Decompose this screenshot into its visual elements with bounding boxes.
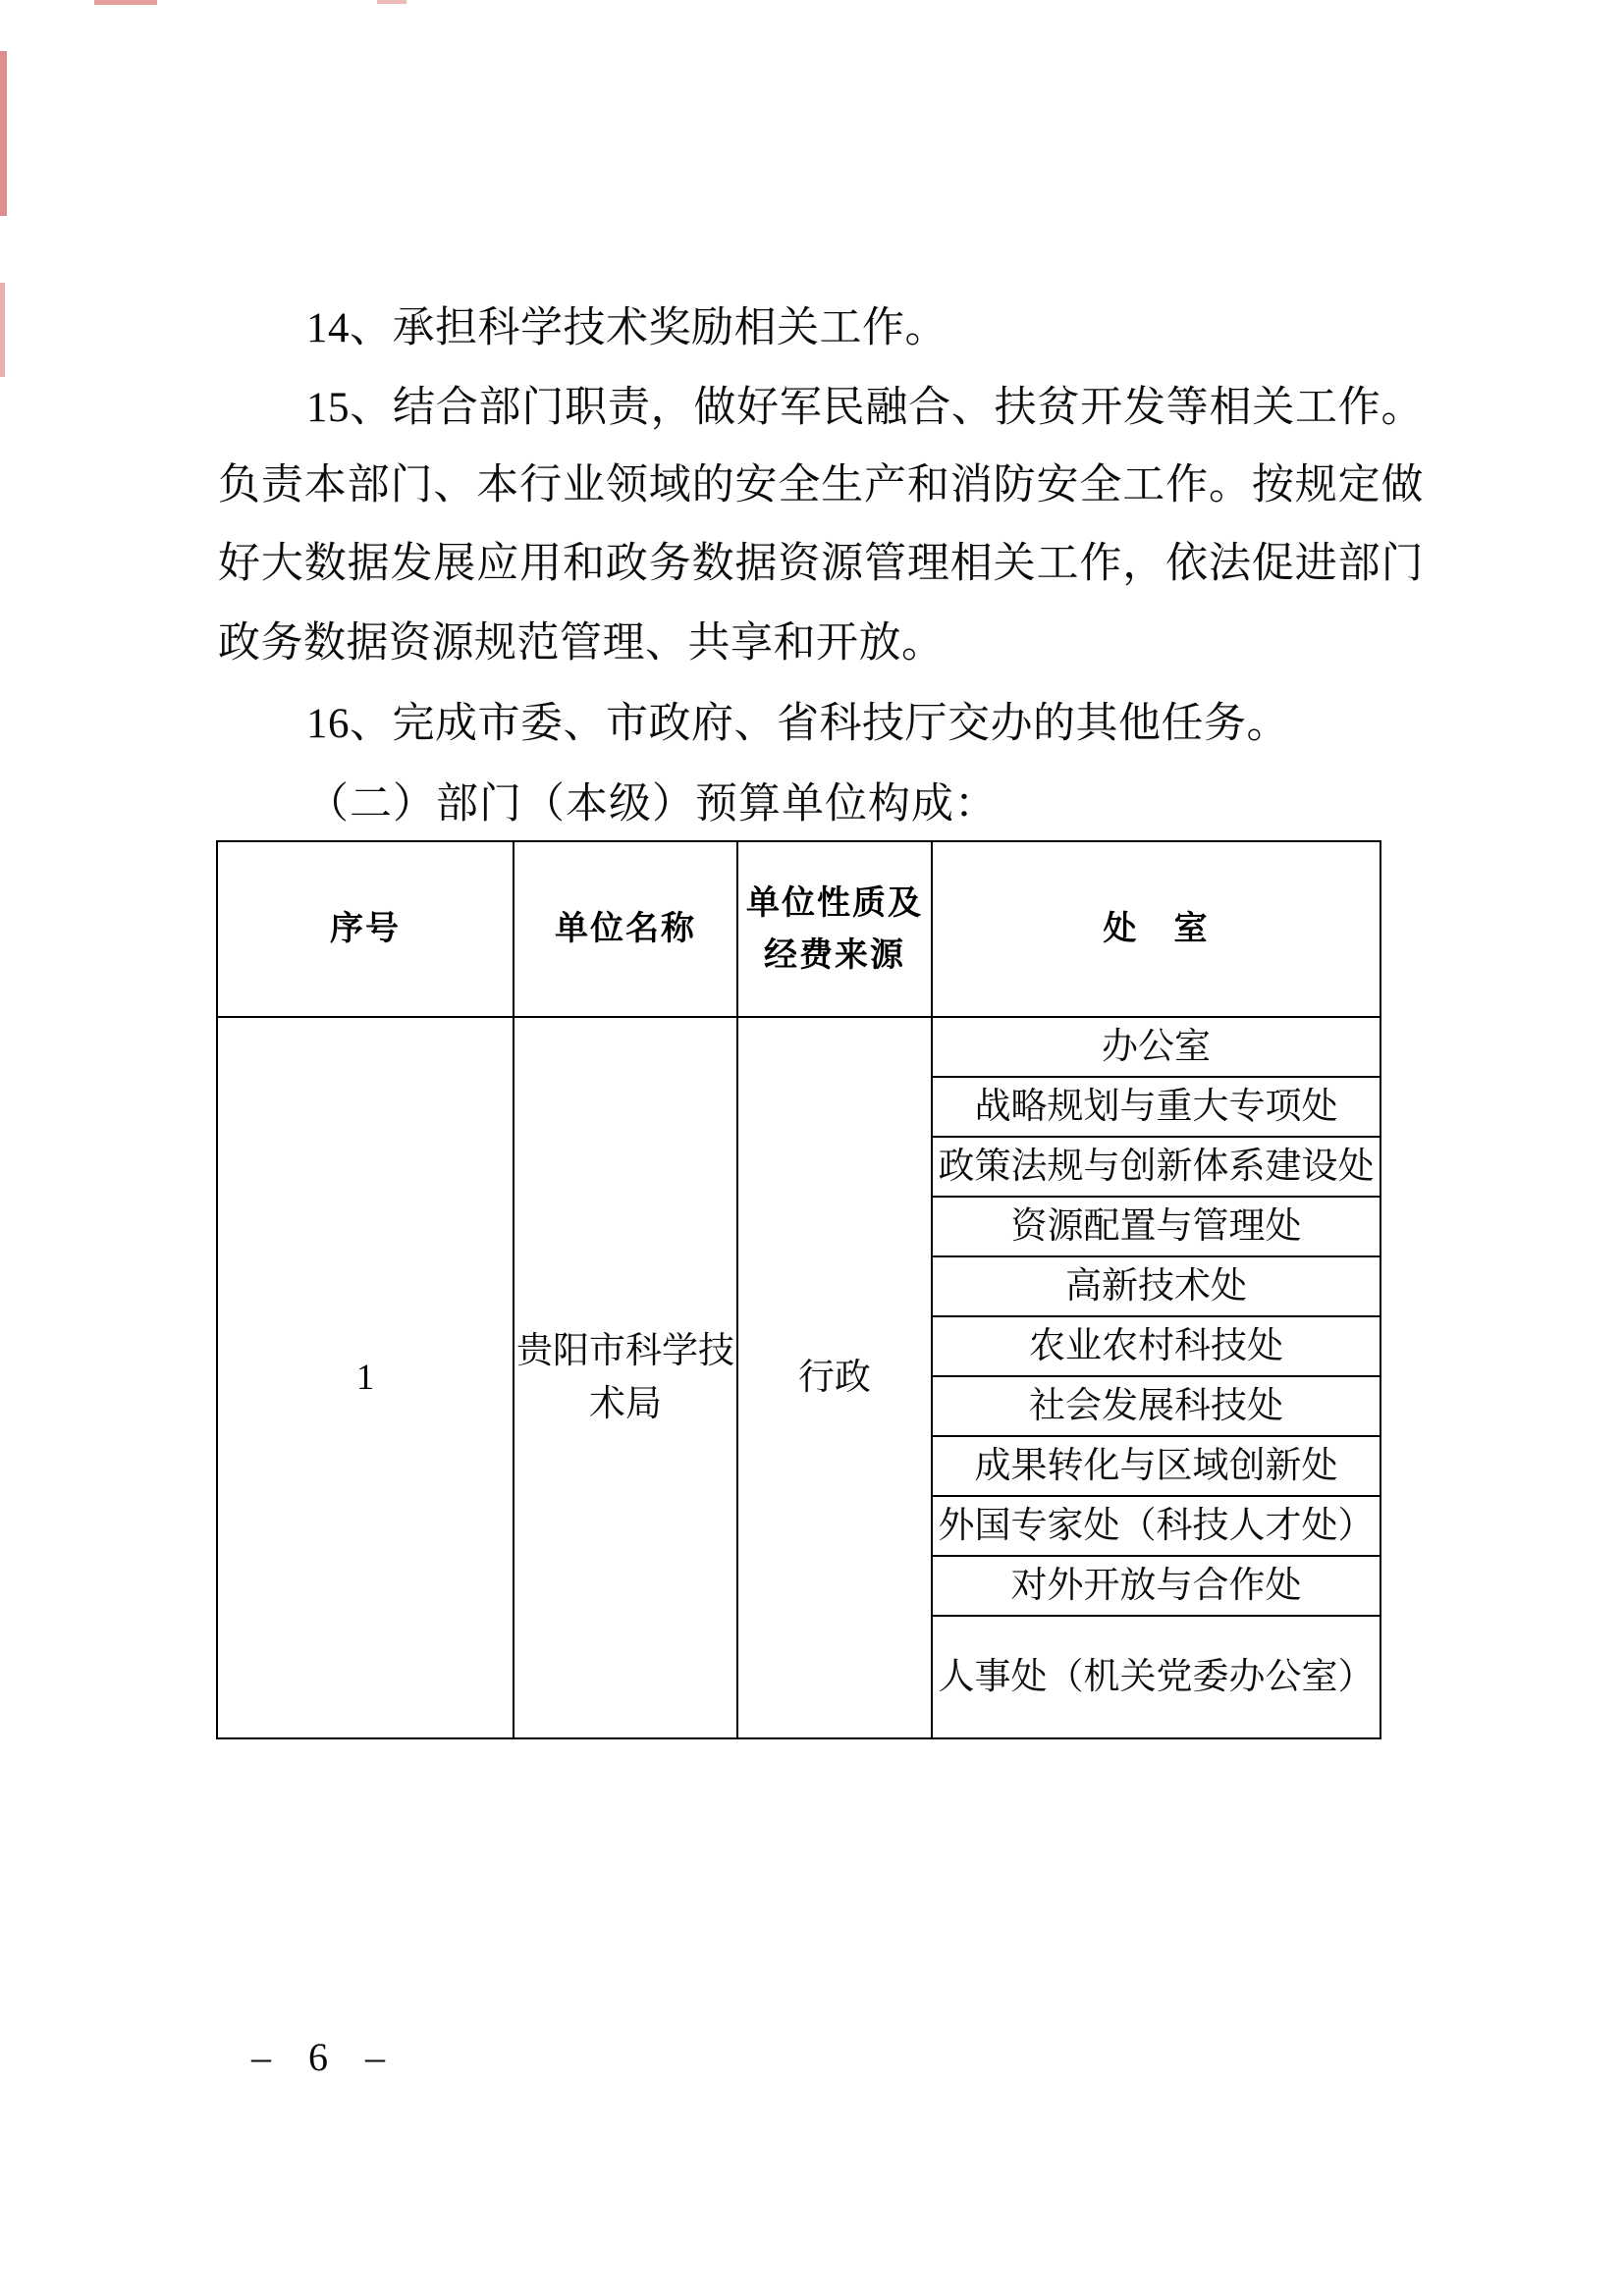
col-header-unit-type: 单位性质及经费来源	[737, 841, 932, 1017]
cell-department: 战略规划与重大专项处	[932, 1077, 1380, 1137]
col-header-departments: 处 室	[932, 841, 1380, 1017]
cell-department: 农业农村科技处	[932, 1316, 1380, 1376]
scan-edge-artifact	[0, 283, 5, 377]
cell-department: 人事处（机关党委办公室）	[932, 1616, 1380, 1738]
cell-department: 社会发展科技处	[932, 1376, 1380, 1436]
page-number: – 6 –	[251, 2034, 399, 2080]
table-header: 序号 单位名称 单位性质及经费来源 处 室	[217, 841, 1380, 1017]
scan-edge-artifact	[94, 0, 157, 5]
paragraph-line: 好大数据发展应用和政务数据资源管理相关工作，依法促进部门	[218, 539, 1424, 590]
scan-edge-artifact	[0, 51, 7, 216]
cell-unit-type: 行政	[737, 1017, 932, 1738]
cell-department: 对外开放与合作处	[932, 1556, 1380, 1616]
table-header-row: 序号 单位名称 单位性质及经费来源 处 室	[217, 841, 1380, 1017]
cell-department: 办公室	[932, 1017, 1380, 1077]
cell-department: 政策法规与创新体系建设处	[932, 1137, 1380, 1197]
cell-index: 1	[217, 1017, 514, 1738]
cell-department: 成果转化与区域创新处	[932, 1436, 1380, 1496]
col-header-unit-name: 单位名称	[514, 841, 737, 1017]
paragraph-line: 15、结合部门职责，做好军民融合、扶贫开发等相关工作。	[218, 383, 1424, 434]
paragraph-line: 负责本部门、本行业领域的安全生产和消防安全工作。按规定做	[218, 460, 1424, 511]
section-heading: （二）部门（本级）预算单位构成：	[218, 779, 1424, 830]
cell-department: 资源配置与管理处	[932, 1197, 1380, 1256]
budget-units-table: 序号 单位名称 单位性质及经费来源 处 室 1贵阳市科学技术局行政办公室战略规划…	[216, 840, 1381, 1739]
table-row: 1贵阳市科学技术局行政办公室	[217, 1017, 1380, 1077]
cell-department: 外国专家处（科技人才处）	[932, 1496, 1380, 1556]
col-header-index: 序号	[217, 841, 514, 1017]
paragraph-line: 政务数据资源规范管理、共享和开放。	[218, 618, 1424, 669]
scan-edge-artifact	[377, 0, 406, 4]
cell-department: 高新技术处	[932, 1256, 1380, 1316]
cell-unit-name: 贵阳市科学技术局	[514, 1017, 737, 1738]
table-body: 1贵阳市科学技术局行政办公室战略规划与重大专项处政策法规与创新体系建设处资源配置…	[217, 1017, 1380, 1738]
paragraph-line: 16、完成市委、市政府、省科技厅交办的其他任务。	[218, 699, 1424, 750]
document-page: 14、承担科学技术奖励相关工作。15、结合部门职责，做好军民融合、扶贫开发等相关…	[0, 0, 1624, 2296]
paragraph-line: 14、承担科学技术奖励相关工作。	[218, 303, 1424, 354]
